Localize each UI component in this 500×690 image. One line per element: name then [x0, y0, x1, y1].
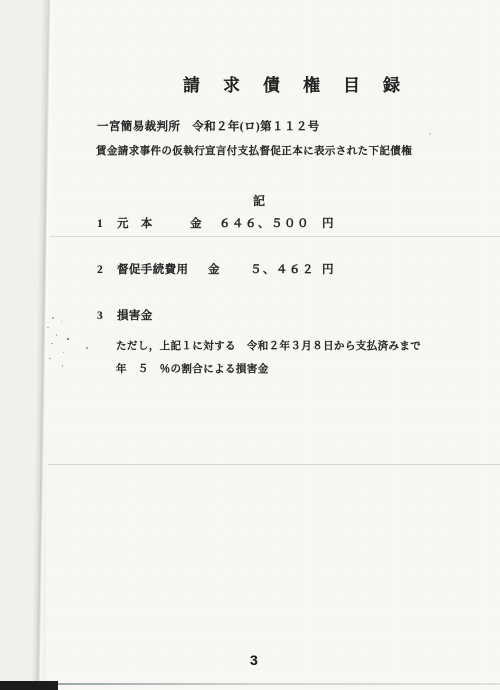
- scan-speck: [67, 338, 69, 340]
- damages-note-line-1: ただし，上記１に対する 令和２年３月８日から支払済みまで: [116, 342, 421, 353]
- page-number: 3: [250, 653, 258, 667]
- item-1-currency: 金: [190, 219, 202, 231]
- item-1-amount: ６４６、５００: [219, 219, 310, 231]
- scan-speck: [56, 334, 57, 336]
- document-title: 請 求 債 権 目 録: [183, 77, 403, 94]
- item-2-number: 2: [97, 265, 103, 277]
- bottom-scan-edge-line: [58, 683, 500, 685]
- scan-speck: [63, 352, 64, 353]
- scan-speck: [47, 327, 49, 328]
- item-1-unit: 円: [322, 219, 334, 231]
- item-2-currency: 金: [208, 265, 220, 277]
- bottom-left-scan-edge: [0, 681, 58, 690]
- record-heading: 記: [253, 195, 265, 207]
- item-2-unit: 円: [322, 265, 334, 277]
- item-3-label: 損害金: [117, 311, 153, 323]
- scan-speck: [51, 343, 53, 344]
- item-3-number: 3: [97, 311, 103, 323]
- scan-speck: [61, 321, 62, 322]
- scan-speck: [49, 358, 51, 359]
- item-1-label: 元 本: [117, 219, 153, 231]
- damages-note-line-2: 年 ５ ％の割合による損害金: [116, 365, 269, 376]
- scan-speck: [52, 317, 54, 319]
- case-reference-line: 一宮簡易裁判所 令和２年(ロ)第１１２号: [97, 122, 320, 134]
- case-description-line: 賃金請求事件の仮執行宣言付支払督促正本に表示された下記債権: [96, 147, 412, 158]
- paper-fold-line: [48, 464, 500, 465]
- scanned-document-page: 請 求 債 権 目 録 一宮簡易裁判所 令和２年(ロ)第１１２号 賃金請求事件の…: [0, 0, 500, 690]
- item-2-label: 督促手続費用: [117, 265, 188, 277]
- scan-speck: [429, 133, 431, 135]
- scan-speck: [62, 365, 63, 367]
- scan-speck: [86, 347, 88, 349]
- scan-artifact-line: [50, 236, 500, 237]
- item-2-amount: ５、４６２: [250, 265, 315, 277]
- item-1-number: 1: [97, 219, 103, 231]
